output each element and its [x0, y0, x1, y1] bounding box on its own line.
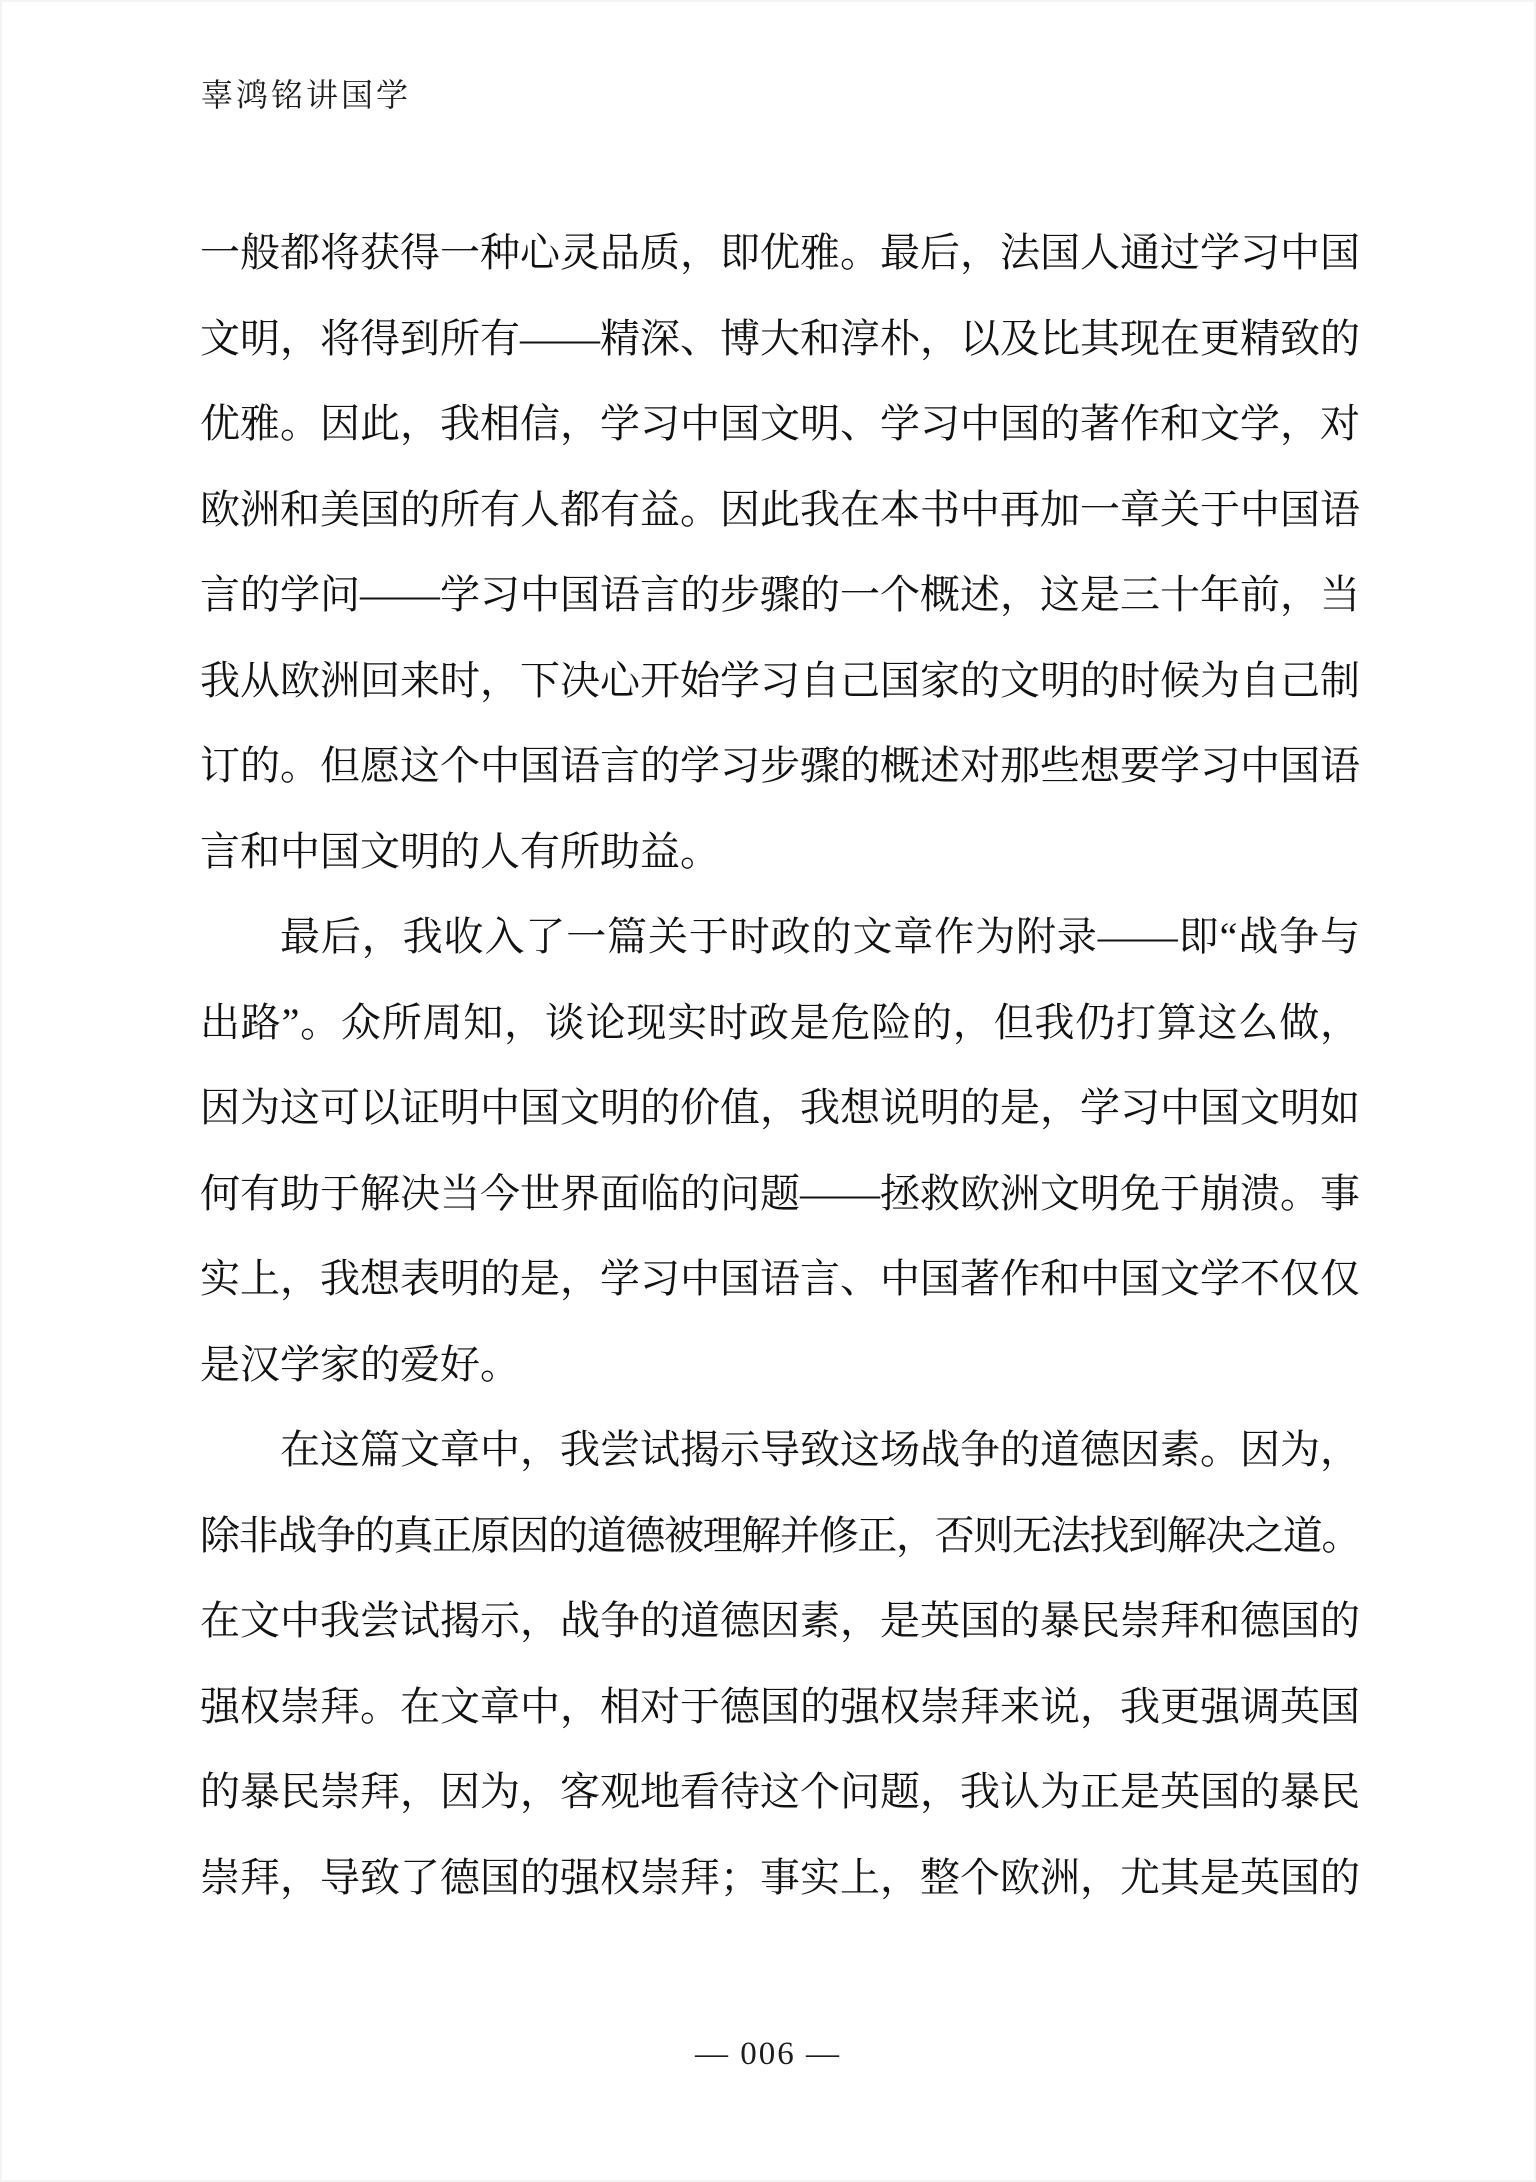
body-line: 言的学问——学习中国语言的步骤的一个概述，这是三十年前，当 — [200, 552, 1360, 638]
body-line: 最后，我收入了一篇关于时政的文章作为附录——即“战争与 — [200, 894, 1360, 980]
body-line: 除非战争的真正原因的道德被理解并修正，否则无法找到解决之道。 — [200, 1493, 1360, 1579]
body-line: 实上，我想表明的是，学习中国语言、中国著作和中国文学不仅仅 — [200, 1236, 1360, 1322]
body-line: 文明，将得到所有——精深、博大和淳朴，以及比其现在更精致的 — [200, 296, 1360, 382]
body-line: 一般都将获得一种心灵品质，即优雅。最后，法国人通过学习中国 — [200, 210, 1360, 296]
body-line: 出路”。众所周知，谈论现实时政是危险的，但我仍打算这么做， — [200, 980, 1360, 1066]
body-line: 言和中国文明的人有所助益。 — [200, 809, 1360, 895]
body-line: 崇拜，导致了德国的强权崇拜；事实上，整个欧洲，尤其是英国的 — [200, 1835, 1360, 1921]
body-line: 欧洲和美国的所有人都有益。因此我在本书中再加一章关于中国语 — [200, 467, 1360, 553]
body-line: 在这篇文章中，我尝试揭示导致这场战争的道德因素。因为， — [200, 1407, 1360, 1493]
body-line: 优雅。因此，我相信，学习中国文明、学习中国的著作和文学，对 — [200, 381, 1360, 467]
book-page: 辜鸿铭讲国学 一般都将获得一种心灵品质，即优雅。最后，法国人通过学习中国 文明，… — [0, 0, 1536, 2182]
body-line: 订的。但愿这个中国语言的学习步骤的概述对那些想要学习中国语 — [200, 723, 1360, 809]
body-line: 因为这可以证明中国文明的价值，我想说明的是，学习中国文明如 — [200, 1065, 1360, 1151]
body-text-block: 一般都将获得一种心灵品质，即优雅。最后，法国人通过学习中国 文明，将得到所有——… — [200, 210, 1360, 1920]
body-line: 的暴民崇拜，因为，客观地看待这个问题，我认为正是英国的暴民 — [200, 1749, 1360, 1835]
body-line: 何有助于解决当今世界面临的问题——拯救欧洲文明免于崩溃。事 — [200, 1151, 1360, 1237]
body-line: 强权崇拜。在文章中，相对于德国的强权崇拜来说，我更强调英国 — [200, 1664, 1360, 1750]
body-line: 我从欧洲回来时，下决心开始学习自己国家的文明的时候为自己制 — [200, 638, 1360, 724]
running-header-book-title: 辜鸿铭讲国学 — [201, 70, 411, 116]
body-line: 在文中我尝试揭示，战争的道德因素，是英国的暴民崇拜和德国的 — [200, 1578, 1360, 1664]
page-number: — 006 — — [0, 2036, 1536, 2073]
body-line: 是汉学家的爱好。 — [200, 1322, 1360, 1408]
